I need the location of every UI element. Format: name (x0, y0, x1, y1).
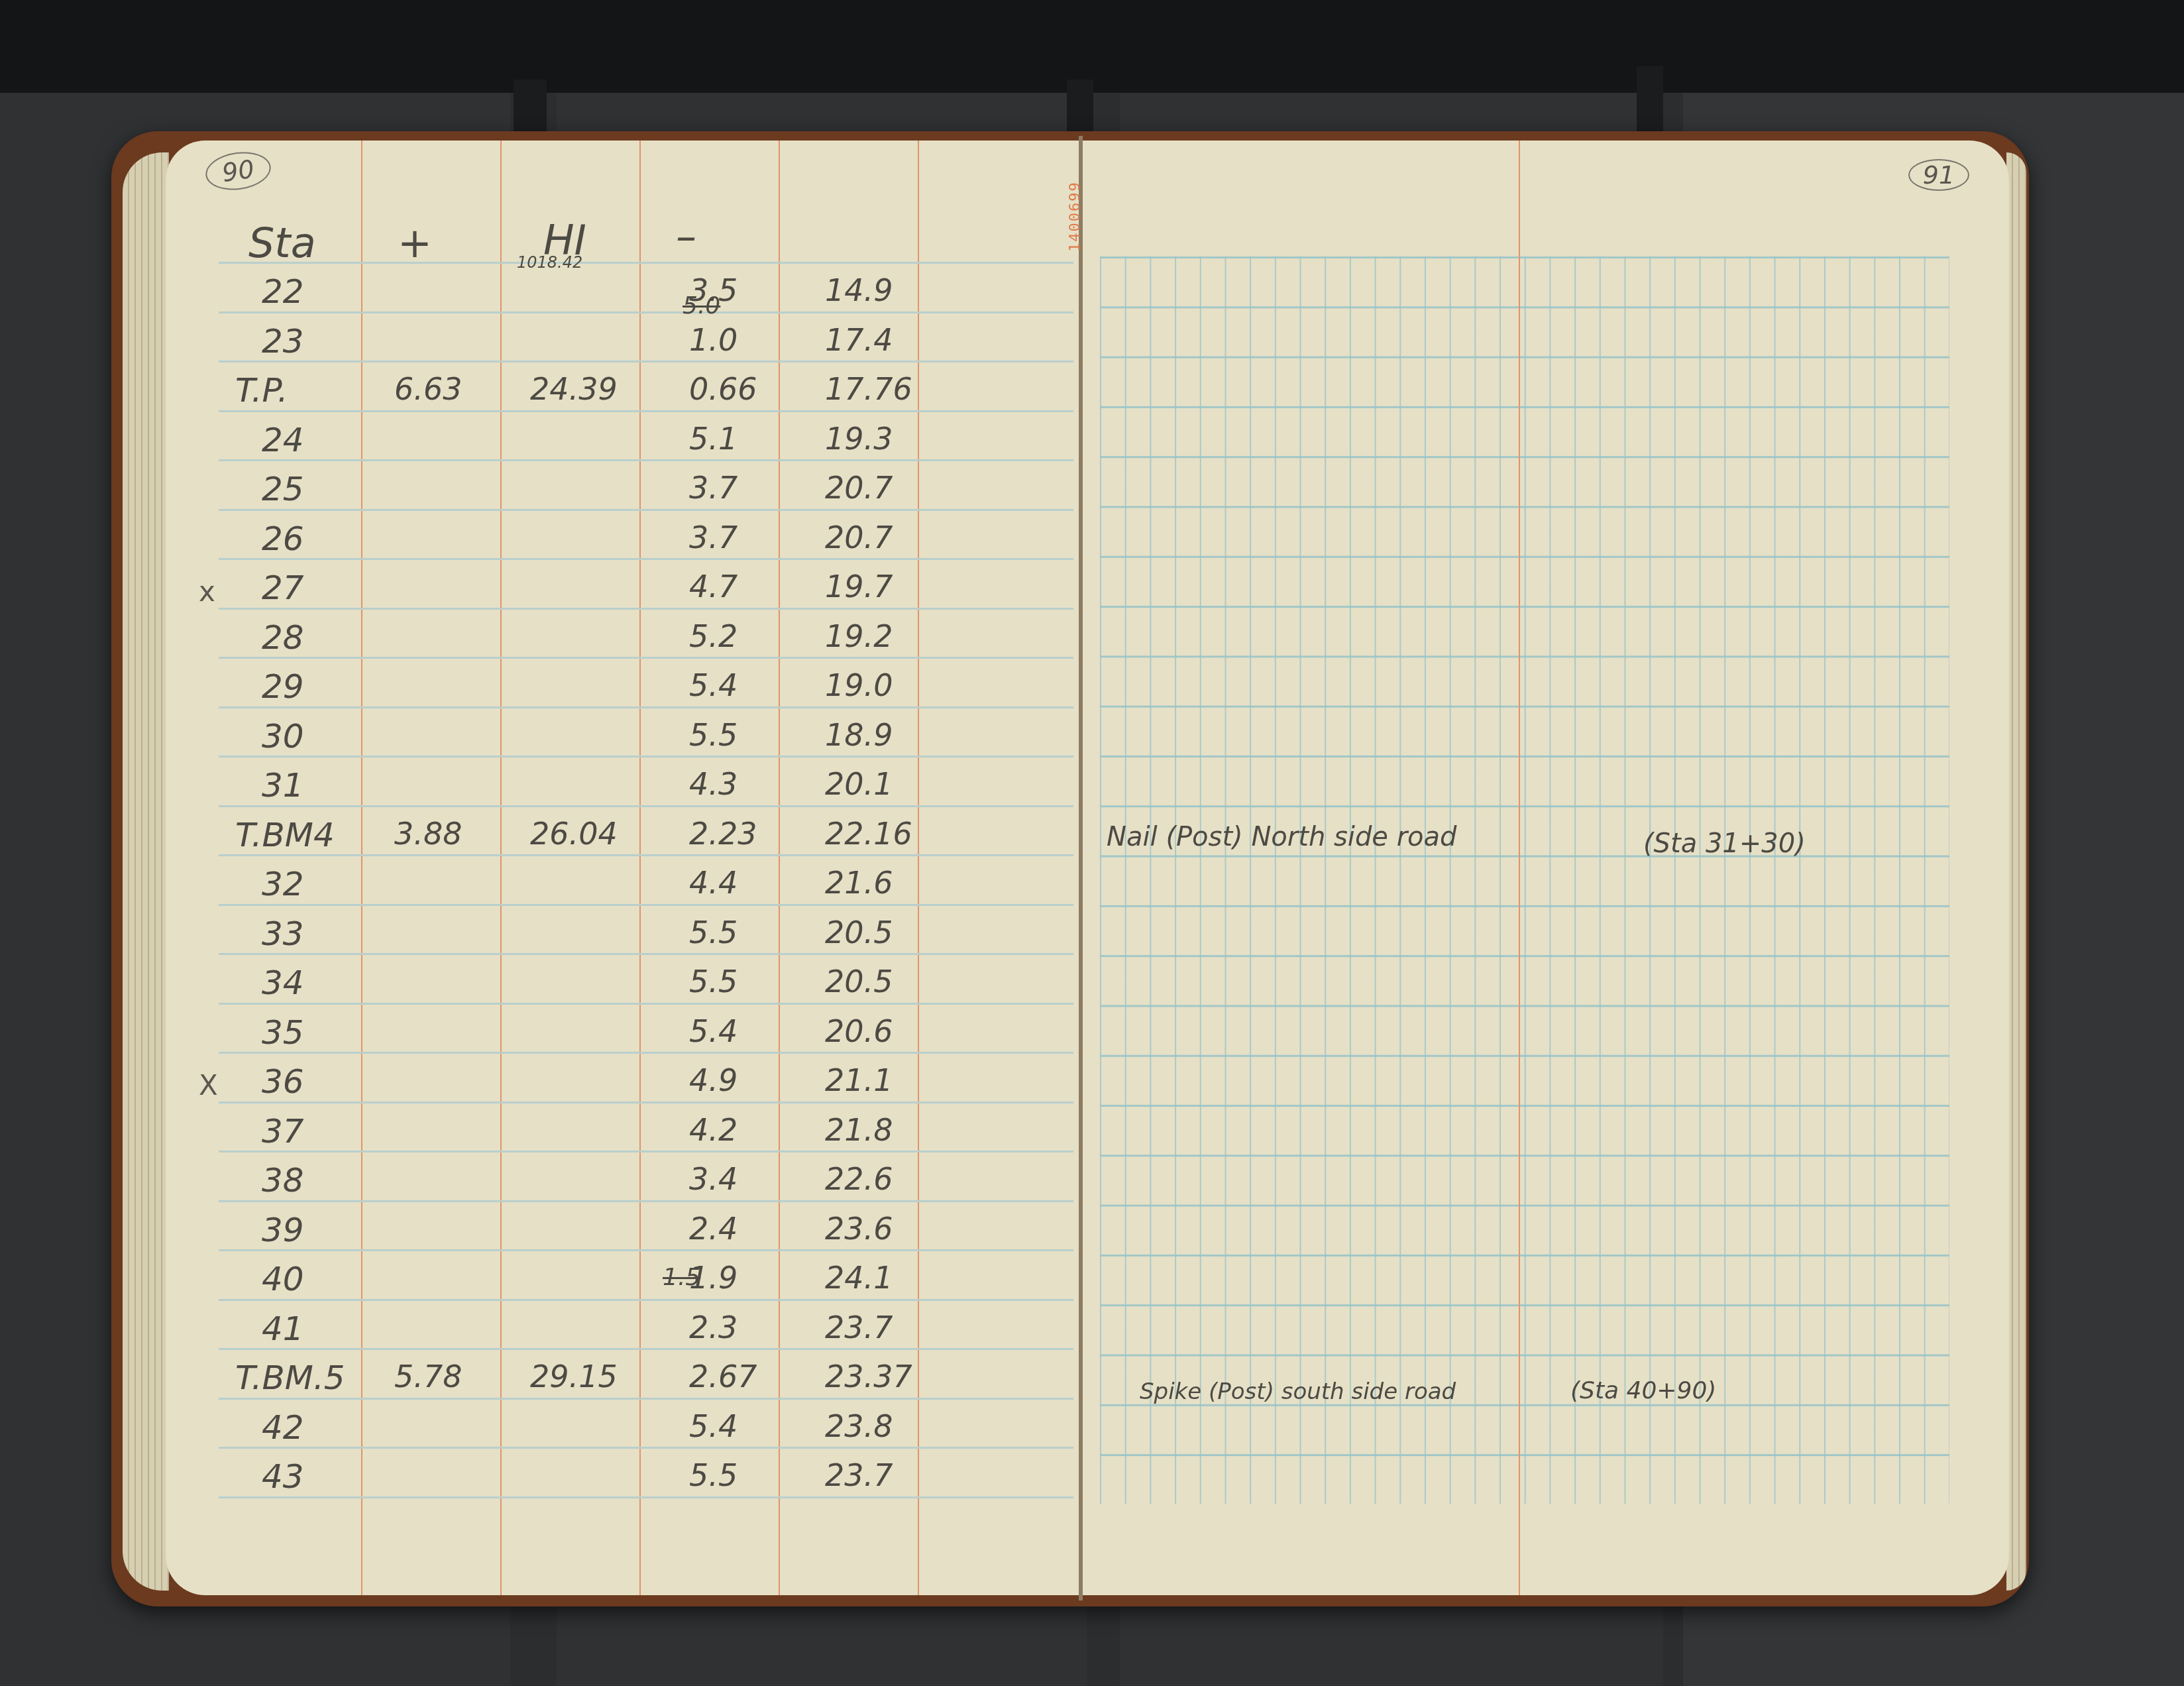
cell-hi: 26.04 (530, 816, 618, 852)
cell-elev: 21.1 (825, 1062, 893, 1098)
note-benchmark-5: Spike (Post) south side road (1140, 1378, 1456, 1405)
cell-sta: 24 (262, 421, 304, 459)
cell-minus: 3.7 (689, 470, 737, 506)
column-rule (779, 140, 780, 1595)
cell-elev: 23.7 (825, 1457, 893, 1493)
row-rule (219, 410, 1073, 412)
cell-minus: 5.5 (689, 1457, 737, 1493)
cell-minus: 5.1 (689, 421, 737, 457)
row-rule (219, 904, 1073, 906)
serial-stamp: 1400699 (1067, 181, 1083, 252)
row-rule (219, 1151, 1073, 1152)
cell-sta: 34 (262, 964, 304, 1002)
cell-sta: 43 (262, 1457, 304, 1496)
cell-minus: 5.4 (689, 1013, 737, 1049)
note-station-ref: (Sta 40+90) (1570, 1377, 1716, 1404)
cell-sta: 31 (262, 766, 304, 805)
cell-elev: 19.3 (825, 421, 893, 457)
page-number-right: 91 (1908, 159, 1969, 191)
column-rule (361, 140, 362, 1595)
cell-elev: 23.8 (825, 1408, 893, 1444)
cell-sta: 41 (262, 1310, 304, 1348)
cell-elev: 21.6 (825, 865, 893, 901)
row-rule (219, 854, 1073, 856)
cell-elev: 20.5 (825, 915, 893, 950)
column-header-minus: – (676, 212, 696, 260)
cell-sta: 36 (262, 1062, 304, 1101)
cell-elev: 23.7 (825, 1310, 893, 1345)
row-rule (219, 1101, 1073, 1103)
cell-elev: 22.6 (825, 1161, 893, 1197)
column-header-plus: + (398, 219, 432, 267)
row-rule (219, 608, 1073, 610)
row-rule (219, 756, 1073, 758)
cell-sta: 28 (262, 618, 304, 657)
cell-elev: 20.7 (825, 470, 893, 506)
row-rule (219, 706, 1073, 708)
row-rule (219, 1052, 1073, 1054)
cell-plus: 6.63 (394, 371, 462, 407)
cell-sta: 39 (262, 1211, 304, 1249)
check-mark: x (199, 575, 215, 608)
cell-minus: 4.3 (689, 766, 737, 802)
check-mark: X (199, 1069, 218, 1101)
cell-minus: 5.2 (689, 618, 737, 654)
column-rule (918, 140, 919, 1595)
cell-elev: 18.9 (825, 717, 893, 753)
cell-minus: 2.23 (689, 816, 757, 852)
note-station-ref: (Sta 31+30) (1643, 828, 1806, 859)
cell-elev: 19.2 (825, 618, 893, 654)
cell-sta: 25 (262, 470, 304, 508)
cell-sta: 27 (262, 569, 304, 607)
row-rule (219, 1496, 1073, 1498)
cell-minus: 5.5 (689, 915, 737, 950)
cell-sta: 35 (262, 1013, 304, 1052)
cell-minus: 2.4 (689, 1211, 737, 1247)
book-gutter (1079, 136, 1083, 1601)
cell-minus: 4.7 (689, 569, 737, 604)
cell-sta: 30 (262, 717, 304, 756)
cell-elev: 23.37 (825, 1359, 912, 1394)
cell-minus: 4.4 (689, 865, 737, 901)
cell-sta: T.P. (235, 371, 288, 410)
cell-elev: 14.9 (825, 272, 893, 308)
graph-grid (1100, 256, 1949, 1504)
cell-elev: 23.6 (825, 1211, 893, 1247)
cell-sta: 26 (262, 520, 304, 558)
cell-minus: 5.4 (689, 1408, 737, 1444)
row-rule (219, 953, 1073, 955)
cell-minus: 5.5 (689, 964, 737, 999)
row-rule (219, 1200, 1073, 1202)
cell-elev: 20.7 (825, 520, 893, 555)
cell-elev: 20.5 (825, 964, 893, 999)
cell-elev: 17.4 (825, 322, 893, 358)
cell-plus: 3.88 (394, 816, 462, 852)
cell-minus: 4.2 (689, 1112, 737, 1148)
row-rule (219, 1398, 1073, 1400)
cell-minus: 2.3 (689, 1310, 737, 1345)
cell-plus: 5.78 (394, 1359, 462, 1394)
cell-elev: 19.7 (825, 569, 893, 604)
cell-sta: 42 (262, 1408, 304, 1447)
cell-elev: 21.8 (825, 1112, 893, 1148)
cell-sta: 22 (262, 272, 304, 311)
row-rule (219, 262, 1073, 264)
cell-elev: 22.16 (825, 816, 912, 852)
center-rule-right-page (1519, 140, 1520, 1595)
cell-elev: 17.76 (825, 371, 912, 407)
cell-elev: 24.1 (825, 1260, 893, 1296)
cell-sta: 38 (262, 1161, 304, 1200)
row-rule (219, 558, 1073, 560)
row-rule (219, 311, 1073, 313)
struck-value: 5.0 (682, 292, 720, 319)
cell-minus: 5.4 (689, 667, 737, 703)
row-rule (219, 1249, 1073, 1251)
row-rule (219, 1299, 1073, 1301)
cell-minus: 3.7 (689, 520, 737, 555)
row-rule (219, 361, 1073, 363)
cell-minus: 2.67 (689, 1359, 757, 1394)
row-rule (219, 805, 1073, 807)
cell-elev: 19.0 (825, 667, 893, 703)
cell-minus: 4.9 (689, 1062, 737, 1098)
cell-minus: 5.5 (689, 717, 737, 753)
cell-sta: 29 (262, 667, 304, 706)
cell-elev: 20.6 (825, 1013, 893, 1049)
cell-elev: 20.1 (825, 766, 893, 802)
page-edges-left (123, 152, 169, 1591)
cell-hi: 24.39 (530, 371, 618, 407)
row-rule (219, 459, 1073, 461)
note-benchmark-4: Nail (Post) North side road (1107, 822, 1457, 852)
page-edges-right (2006, 152, 2026, 1591)
cell-sta: T.BM4 (235, 816, 335, 854)
column-rule (639, 140, 641, 1595)
cell-sta: 23 (262, 322, 304, 361)
cell-sta: 33 (262, 915, 304, 953)
column-header-sta: Sta (248, 219, 316, 267)
row-rule (219, 1348, 1073, 1350)
column-rule (500, 140, 502, 1595)
note-text: Nail (Post) North side road (1107, 822, 1457, 852)
cell-sta: T.BM.5 (235, 1359, 345, 1397)
row-rule (219, 509, 1073, 511)
hi-note: 1018.42 (517, 253, 582, 272)
cell-minus: 0.66 (689, 371, 757, 407)
background-dark-top (0, 0, 2184, 93)
cell-sta: 40 (262, 1260, 304, 1298)
cell-sta: 37 (262, 1112, 304, 1151)
cell-sta: 32 (262, 865, 304, 903)
cell-minus: 3.4 (689, 1161, 737, 1197)
row-rule (219, 1447, 1073, 1449)
cell-minus: 1.0 (689, 322, 737, 358)
cell-hi: 29.15 (530, 1359, 618, 1394)
struck-value: 1.5 (663, 1264, 700, 1291)
row-rule (219, 657, 1073, 659)
row-rule (219, 1003, 1073, 1005)
